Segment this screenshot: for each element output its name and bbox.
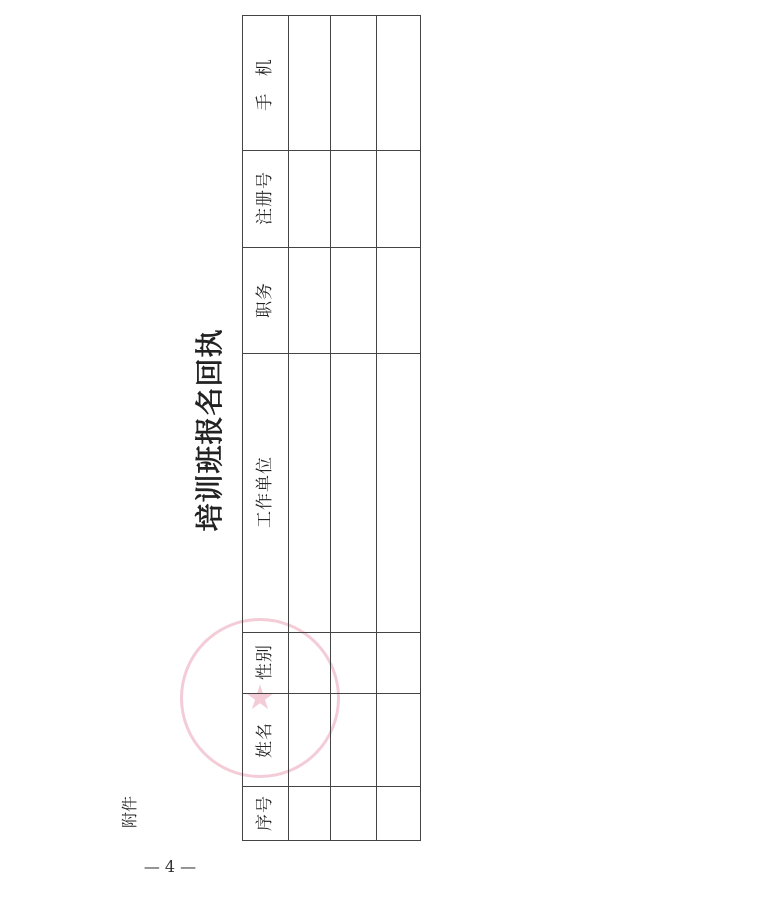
table-divider bbox=[242, 150, 421, 151]
attachment-label: 附件 bbox=[120, 782, 140, 842]
column-header-gender: 性别 bbox=[255, 622, 275, 702]
column-header-mobile: 手 机 bbox=[255, 42, 275, 122]
page-title: 培训班报名回执 bbox=[190, 310, 230, 550]
table-border bbox=[420, 15, 421, 841]
table-divider bbox=[330, 15, 331, 841]
column-header-position: 职务 bbox=[255, 260, 275, 340]
column-header-serial-number: 序号 bbox=[255, 773, 275, 853]
table-divider bbox=[288, 15, 289, 841]
page-number: — 4 — bbox=[130, 857, 210, 876]
table-divider bbox=[242, 247, 421, 248]
document-page: ★ 序号 姓名 性别 工作单位 职务 注册号 手 机 培训班报名回执 附件 bbox=[0, 0, 760, 897]
table-divider bbox=[242, 353, 421, 354]
column-header-registration-number: 注册号 bbox=[255, 158, 275, 238]
column-header-name: 姓名 bbox=[255, 700, 275, 780]
column-header-work-unit: 工作单位 bbox=[255, 432, 275, 552]
table-border bbox=[242, 15, 421, 16]
table-divider bbox=[376, 15, 377, 841]
table-border bbox=[242, 15, 243, 841]
